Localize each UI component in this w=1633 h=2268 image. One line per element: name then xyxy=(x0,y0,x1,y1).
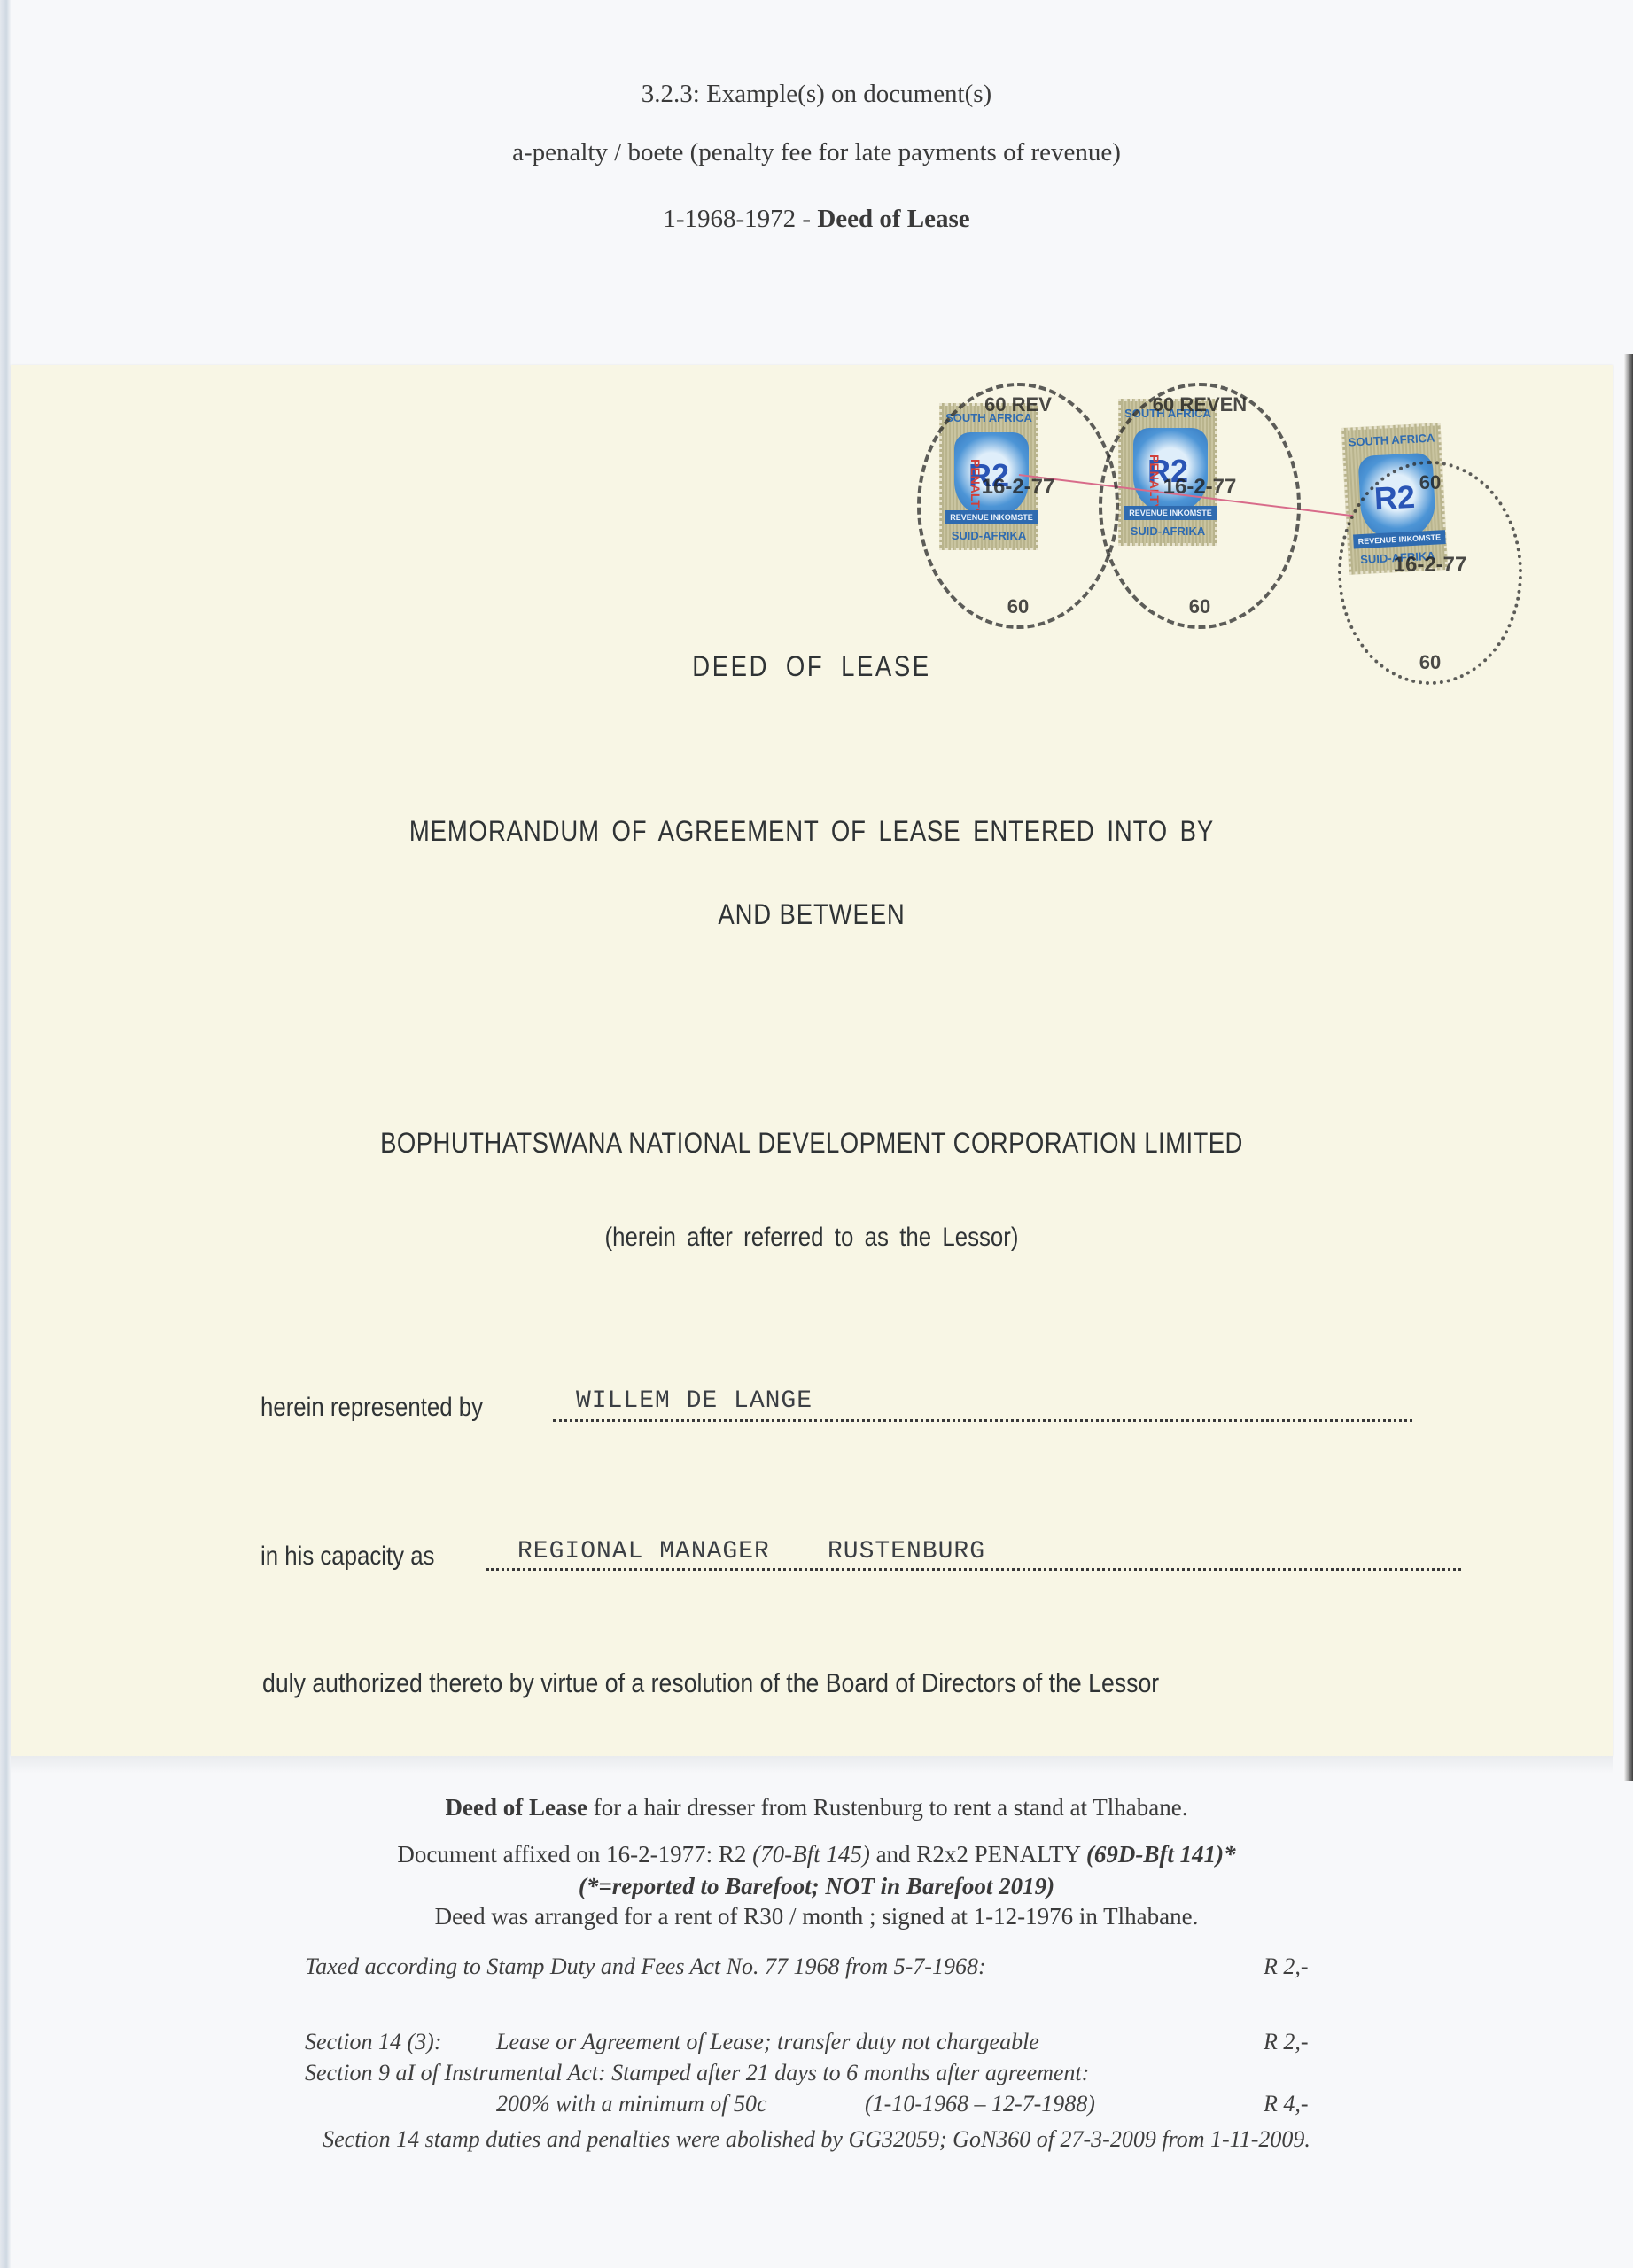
representative-name: WILLEM DE LANGE xyxy=(576,1387,813,1415)
tax-row: Section 9 aI of Instrumental Act: Stampe… xyxy=(305,2060,1089,2086)
capacity-title: REGIONAL MANAGER xyxy=(517,1538,770,1565)
tax-row: Section 14 (3): Lease or Agreement of Le… xyxy=(305,2029,442,2055)
postmark-cancellation: 60 REVEN 16-2-77 60 xyxy=(1099,383,1301,629)
capacity-line: in his capacity as REGIONAL MANAGER RUST… xyxy=(261,1542,1466,1577)
tax-amount: R 2,- xyxy=(1264,2029,1309,2055)
tax-amount: R 2,- xyxy=(1264,1953,1309,1980)
section-heading: 3.2.3: Example(s) on document(s) xyxy=(0,80,1633,109)
lessor-corporation: BOPHUTHATSWANA NATIONAL DEVELOPMENT CORP… xyxy=(123,1127,1501,1160)
tax-amount: R 4,- xyxy=(1264,2091,1309,2117)
album-page-edge-right xyxy=(1624,354,1633,1781)
memorandum-heading: MEMORANDUM OF AGREEMENT OF LEASE ENTERED… xyxy=(123,815,1501,848)
period-title: Deed of Lease xyxy=(817,205,969,233)
document-title: DEED OF LEASE xyxy=(123,650,1501,683)
represented-by-line: herein represented by WILLEM DE LANGE xyxy=(261,1393,1412,1428)
postmark-cancellation: 60 REV 16-2-77 60 xyxy=(917,383,1119,629)
caption-footnote: (*=reported to Barefoot; NOT in Barefoot… xyxy=(0,1873,1633,1900)
caption-rent-note: Deed was arranged for a rent of R30 / mo… xyxy=(0,1903,1633,1930)
dotted-leader xyxy=(553,1419,1412,1422)
caption-description: Deed of Lease for a hair dresser from Ru… xyxy=(0,1794,1633,1821)
capacity-label: in his capacity as xyxy=(261,1542,434,1572)
postmark-cancellation: 60 16-2-77 60 xyxy=(1338,461,1522,685)
and-between-text: AND BETWEEN xyxy=(123,898,1501,931)
authorization-text: duly authorized thereto by virtue of a r… xyxy=(262,1667,1159,1699)
caption-affixed: Document affixed on 16-2-1977: R2 (70-Bf… xyxy=(0,1841,1633,1868)
tax-row: 200% with a minimum of 50c (1-10-1968 – … xyxy=(496,2091,767,2117)
lessor-note: (herein after referred to as the Lessor) xyxy=(123,1223,1501,1253)
document-bottom-edge xyxy=(11,1756,1613,1774)
abolished-note: Section 14 stamp duties and penalties we… xyxy=(0,2126,1633,2153)
represented-by-label: herein represented by xyxy=(261,1393,483,1423)
category-heading: a-penalty / boete (penalty fee for late … xyxy=(0,138,1633,167)
period-heading: 1-1968-1972 - Deed of Lease xyxy=(0,205,1633,234)
dotted-leader xyxy=(486,1568,1461,1571)
tax-row: Taxed according to Stamp Duty and Fees A… xyxy=(305,1953,986,1980)
capacity-place: RUSTENBURG xyxy=(828,1538,985,1565)
